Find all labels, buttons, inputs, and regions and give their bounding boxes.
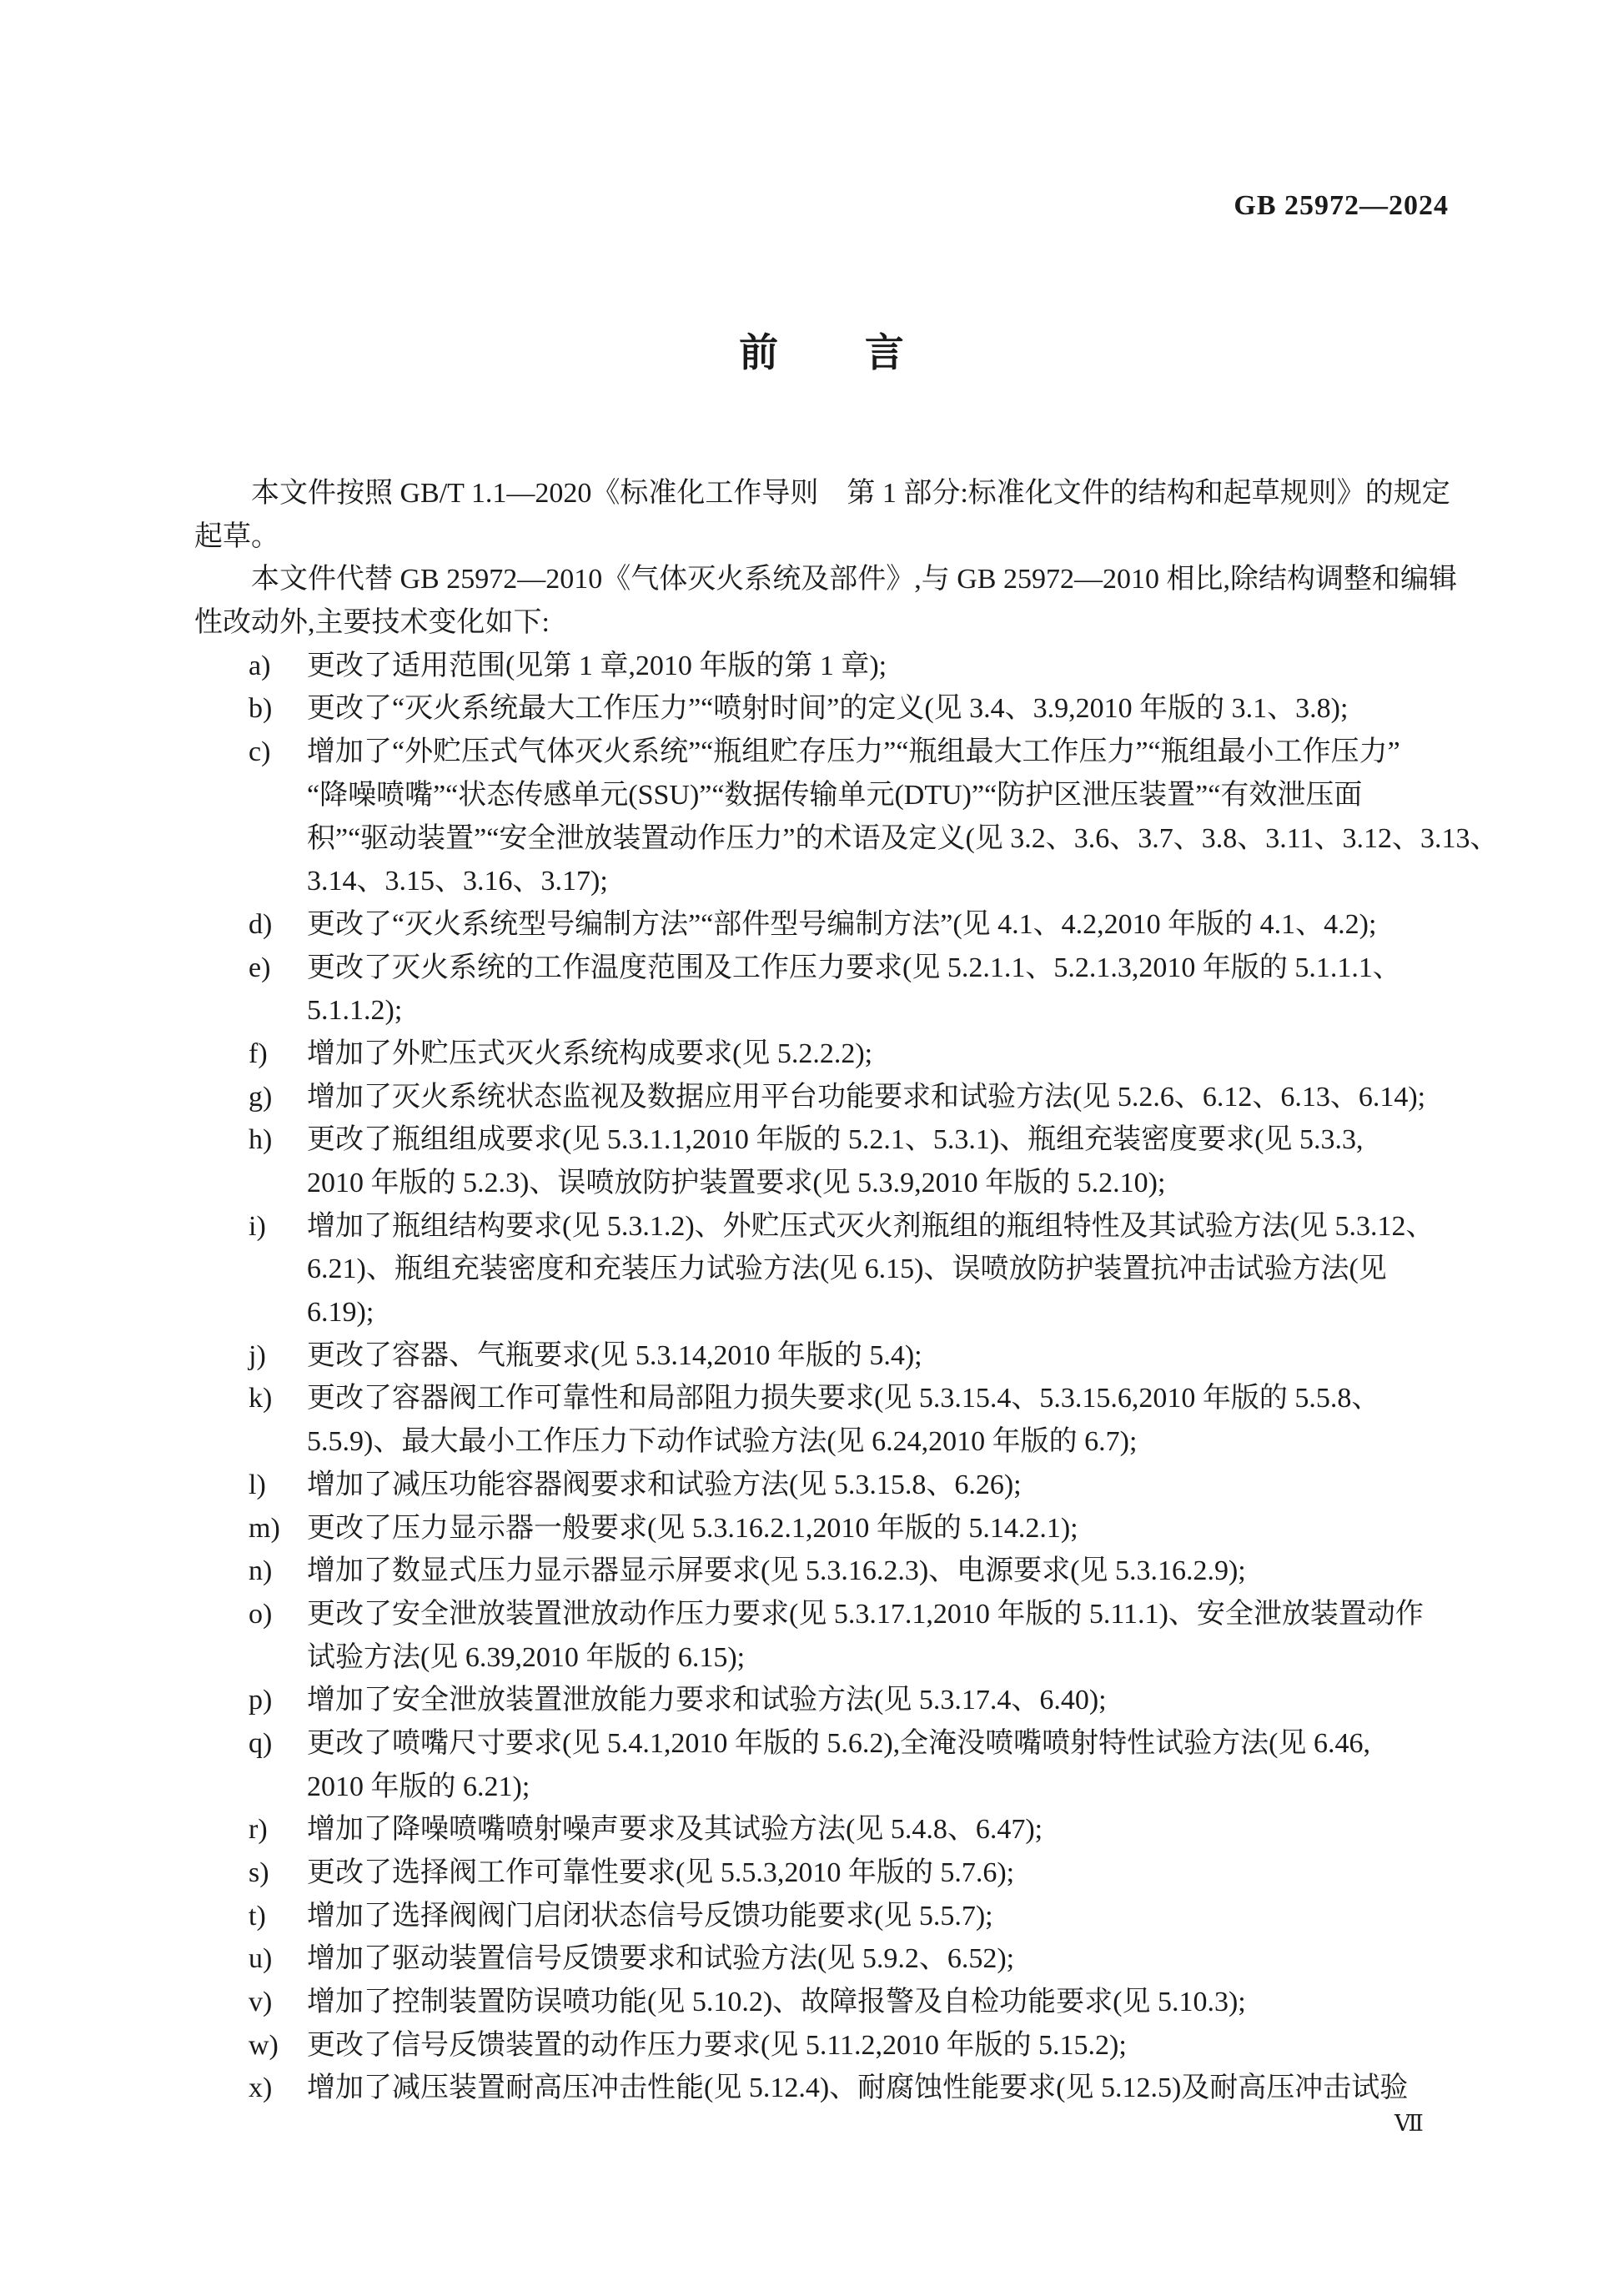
paragraph-1-line-1: 本文件按照 GB/T 1.1—2020《标准化工作导则 第 1 部分:标准化文件… — [194, 472, 1449, 515]
change-item-text: 更改了安全泄放装置泄放动作压力要求(见 5.3.17.1,2010 年版的 5.… — [307, 1599, 1424, 1630]
change-item-text: 增加了灭火系统状态监视及数据应用平台功能要求和试验方法(见 5.2.6、6.12… — [307, 1082, 1425, 1113]
change-item-text: 6.21)、瓶组充装密度和充装压力试验方法(见 6.15)、误喷放防护装置抗冲击… — [307, 1254, 1387, 1284]
document-body: 本文件按照 GB/T 1.1—2020《标准化工作导则 第 1 部分:标准化文件… — [194, 472, 1449, 2110]
change-item-label: x) — [249, 2067, 272, 2110]
change-item-q-line-1: q)更改了喷嘴尺寸要求(见 5.4.1,2010 年版的 5.6.2),全淹没喷… — [194, 1722, 1449, 1766]
change-item-label: w) — [249, 2024, 279, 2067]
change-item-k-line-2: 5.5.9)、最大最小工作压力下动作试验方法(见 6.24,2010 年版的 6… — [194, 1420, 1449, 1464]
change-item-c-line-3: 积”“驱动装置”“安全泄放装置动作压力”的术语及定义(见 3.2、3.6、3.7… — [194, 817, 1449, 861]
change-item-i-line-2: 6.21)、瓶组充装密度和充装压力试验方法(见 6.15)、误喷放防护装置抗冲击… — [194, 1248, 1449, 1291]
change-item-label: j) — [249, 1334, 266, 1378]
change-item-r-line-1: r)增加了降噪喷嘴喷射噪声要求及其试验方法(见 5.4.8、6.47); — [194, 1808, 1449, 1851]
change-item-text: 3.14、3.15、3.16、3.17); — [307, 866, 608, 897]
change-item-e-line-2: 5.1.1.2); — [194, 989, 1449, 1032]
change-item-s-line-1: s)更改了选择阀工作可靠性要求(见 5.5.3,2010 年版的 5.7.6); — [194, 1851, 1449, 1895]
change-item-n-line-1: n)增加了数显式压力显示器显示屏要求(见 5.3.16.2.3)、电源要求(见 … — [194, 1550, 1449, 1593]
change-item-text: 增加了驱动装置信号反馈要求和试验方法(见 5.9.2、6.52); — [307, 1943, 1014, 1974]
change-item-d-line-1: d)更改了“灭火系统型号编制方法”“部件型号编制方法”(见 4.1、4.2,20… — [194, 903, 1449, 947]
change-item-label: d) — [249, 903, 272, 947]
change-item-q-line-2: 2010 年版的 6.21); — [194, 1766, 1449, 1809]
page-title: 前 言 — [194, 332, 1449, 375]
change-item-i-line-3: 6.19); — [194, 1291, 1449, 1334]
paragraph-2-line-2: 性改动外,主要技术变化如下: — [194, 601, 1449, 645]
change-item-label: p) — [249, 1679, 272, 1722]
change-item-o-line-1: o)更改了安全泄放装置泄放动作压力要求(见 5.3.17.1,2010 年版的 … — [194, 1593, 1449, 1636]
change-item-text: 更改了容器阀工作可靠性和局部阻力损失要求(见 5.3.15.4、5.3.15.6… — [307, 1383, 1379, 1414]
change-item-label: f) — [249, 1032, 268, 1076]
change-item-a-line-1: a)更改了适用范围(见第 1 章,2010 年版的第 1 章); — [194, 645, 1449, 688]
change-item-text: 更改了“灭火系统型号编制方法”“部件型号编制方法”(见 4.1、4.2,2010… — [307, 909, 1376, 940]
change-item-text: 试验方法(见 6.39,2010 年版的 6.15); — [307, 1642, 745, 1673]
change-item-text: 2010 年版的 6.21); — [307, 1771, 530, 1802]
change-item-text: 6.19); — [307, 1297, 374, 1328]
page-title-char-1: 前 — [739, 332, 778, 375]
change-item-b-line-1: b)更改了“灭火系统最大工作压力”“喷射时间”的定义(见 3.4、3.9,201… — [194, 687, 1449, 731]
change-item-j-line-1: j)更改了容器、气瓶要求(见 5.3.14,2010 年版的 5.4); — [194, 1334, 1449, 1378]
change-item-label: n) — [249, 1550, 272, 1593]
change-item-l-line-1: l)增加了减压功能容器阀要求和试验方法(见 5.3.15.8、6.26); — [194, 1464, 1449, 1507]
change-item-text: 更改了适用范围(见第 1 章,2010 年版的第 1 章); — [307, 651, 887, 681]
change-item-h-line-1: h)更改了瓶组组成要求(见 5.3.1.1,2010 年版的 5.2.1、5.3… — [194, 1118, 1449, 1162]
change-item-label: e) — [249, 947, 270, 990]
paragraph-1-line-2: 起草。 — [194, 515, 1449, 559]
document-page: GB 25972—2024 前 言 本文件按照 GB/T 1.1—2020《标准… — [0, 0, 1623, 2296]
page-number: Ⅶ — [1394, 2110, 1424, 2137]
change-item-t-line-1: t)增加了选择阀阀门启闭状态信号反馈功能要求(见 5.5.7); — [194, 1895, 1449, 1938]
change-item-text: 增加了选择阀阀门启闭状态信号反馈功能要求(见 5.5.7); — [307, 1901, 993, 1932]
change-item-c-line-2: “降噪喷嘴”“状态传感单元(SSU)”“数据传输单元(DTU)”“防护区泄压装置… — [194, 774, 1449, 817]
change-item-label: i) — [249, 1205, 266, 1248]
change-item-text: 更改了信号反馈装置的动作压力要求(见 5.11.2,2010 年版的 5.15.… — [307, 2030, 1127, 2061]
change-item-v-line-1: v)增加了控制装置防误喷功能(见 5.10.2)、故障报警及自检功能要求(见 5… — [194, 1981, 1449, 2024]
change-item-p-line-1: p)增加了安全泄放装置泄放能力要求和试验方法(见 5.3.17.4、6.40); — [194, 1679, 1449, 1722]
change-item-text: 增加了外贮压式灭火系统构成要求(见 5.2.2.2); — [307, 1038, 872, 1069]
change-item-text: 更改了选择阀工作可靠性要求(见 5.5.3,2010 年版的 5.7.6); — [307, 1857, 1014, 1888]
change-item-c-line-4: 3.14、3.15、3.16、3.17); — [194, 860, 1449, 903]
change-item-label: g) — [249, 1076, 272, 1119]
change-item-text: 更改了容器、气瓶要求(见 5.3.14,2010 年版的 5.4); — [307, 1340, 922, 1371]
change-item-text: 增加了数显式压力显示器显示屏要求(见 5.3.16.2.3)、电源要求(见 5.… — [307, 1555, 1246, 1586]
change-item-text: 增加了安全泄放装置泄放能力要求和试验方法(见 5.3.17.4、6.40); — [307, 1685, 1107, 1716]
change-item-text: 更改了瓶组组成要求(见 5.3.1.1,2010 年版的 5.2.1、5.3.1… — [307, 1124, 1363, 1155]
change-item-i-line-1: i)增加了瓶组结构要求(见 5.3.1.2)、外贮压式灭火剂瓶组的瓶组特性及其试… — [194, 1205, 1449, 1248]
change-item-g-line-1: g)增加了灭火系统状态监视及数据应用平台功能要求和试验方法(见 5.2.6、6.… — [194, 1076, 1449, 1119]
change-item-label: v) — [249, 1981, 272, 2024]
change-item-label: s) — [249, 1851, 269, 1895]
change-item-k-line-1: k)更改了容器阀工作可靠性和局部阻力损失要求(见 5.3.15.4、5.3.15… — [194, 1377, 1449, 1420]
change-item-label: h) — [249, 1118, 272, 1162]
standard-code-header: GB 25972—2024 — [194, 190, 1449, 222]
page-title-char-2: 言 — [865, 332, 904, 375]
change-item-text: 增加了控制装置防误喷功能(见 5.10.2)、故障报警及自检功能要求(见 5.1… — [307, 1987, 1246, 2017]
change-item-text: 更改了喷嘴尺寸要求(见 5.4.1,2010 年版的 5.6.2),全淹没喷嘴喷… — [307, 1728, 1370, 1759]
change-item-o-line-2: 试验方法(见 6.39,2010 年版的 6.15); — [194, 1636, 1449, 1680]
change-item-u-line-1: u)增加了驱动装置信号反馈要求和试验方法(见 5.9.2、6.52); — [194, 1937, 1449, 1981]
change-item-text: 增加了减压功能容器阀要求和试验方法(见 5.3.15.8、6.26); — [307, 1470, 1022, 1500]
change-item-label: m) — [249, 1507, 280, 1550]
change-item-label: k) — [249, 1377, 272, 1420]
change-item-text: 增加了减压装置耐高压冲击性能(见 5.12.4)、耐腐蚀性能要求(见 5.12.… — [307, 2072, 1408, 2103]
change-item-w-line-1: w)更改了信号反馈装置的动作压力要求(见 5.11.2,2010 年版的 5.1… — [194, 2024, 1449, 2067]
change-item-m-line-1: m)更改了压力显示器一般要求(见 5.3.16.2.1,2010 年版的 5.1… — [194, 1507, 1449, 1550]
change-item-label: t) — [249, 1895, 266, 1938]
change-item-label: a) — [249, 645, 270, 688]
change-item-f-line-1: f)增加了外贮压式灭火系统构成要求(见 5.2.2.2); — [194, 1032, 1449, 1076]
change-item-text: “降噪喷嘴”“状态传感单元(SSU)”“数据传输单元(DTU)”“防护区泄压装置… — [307, 780, 1362, 811]
change-item-text: 5.1.1.2); — [307, 995, 402, 1026]
change-item-text: 增加了瓶组结构要求(见 5.3.1.2)、外贮压式灭火剂瓶组的瓶组特性及其试验方… — [307, 1211, 1434, 1242]
change-item-label: l) — [249, 1464, 266, 1507]
change-item-label: o) — [249, 1593, 272, 1636]
change-item-text: 更改了“灭火系统最大工作压力”“喷射时间”的定义(见 3.4、3.9,2010 … — [307, 693, 1348, 724]
change-item-text: 更改了灭火系统的工作温度范围及工作压力要求(见 5.2.1.1、5.2.1.3,… — [307, 952, 1401, 983]
change-item-text: 积”“驱动装置”“安全泄放装置动作压力”的术语及定义(见 3.2、3.6、3.7… — [307, 823, 1499, 854]
change-item-text: 更改了压力显示器一般要求(见 5.3.16.2.1,2010 年版的 5.14.… — [307, 1513, 1078, 1544]
change-item-label: r) — [249, 1808, 268, 1851]
change-item-text: 2010 年版的 5.2.3)、误喷放防护装置要求(见 5.3.9,2010 年… — [307, 1168, 1165, 1198]
change-item-label: c) — [249, 731, 270, 774]
change-item-e-line-1: e)更改了灭火系统的工作温度范围及工作压力要求(见 5.2.1.1、5.2.1.… — [194, 947, 1449, 990]
change-item-x-line-1: x)增加了减压装置耐高压冲击性能(见 5.12.4)、耐腐蚀性能要求(见 5.1… — [194, 2067, 1449, 2110]
change-item-text: 增加了降噪喷嘴喷射噪声要求及其试验方法(见 5.4.8、6.47); — [307, 1814, 1043, 1845]
change-item-label: b) — [249, 687, 272, 731]
change-item-c-line-1: c)增加了“外贮压式气体灭火系统”“瓶组贮存压力”“瓶组最大工作压力”“瓶组最小… — [194, 731, 1449, 774]
change-item-h-line-2: 2010 年版的 5.2.3)、误喷放防护装置要求(见 5.3.9,2010 年… — [194, 1162, 1449, 1205]
paragraph-2-line-1: 本文件代替 GB 25972—2010《气体灭火系统及部件》,与 GB 2597… — [194, 558, 1449, 601]
change-item-text: 5.5.9)、最大最小工作压力下动作试验方法(见 6.24,2010 年版的 6… — [307, 1426, 1137, 1457]
change-item-label: u) — [249, 1937, 272, 1981]
change-item-label: q) — [249, 1722, 272, 1766]
change-item-text: 增加了“外贮压式气体灭火系统”“瓶组贮存压力”“瓶组最大工作压力”“瓶组最小工作… — [307, 736, 1400, 767]
